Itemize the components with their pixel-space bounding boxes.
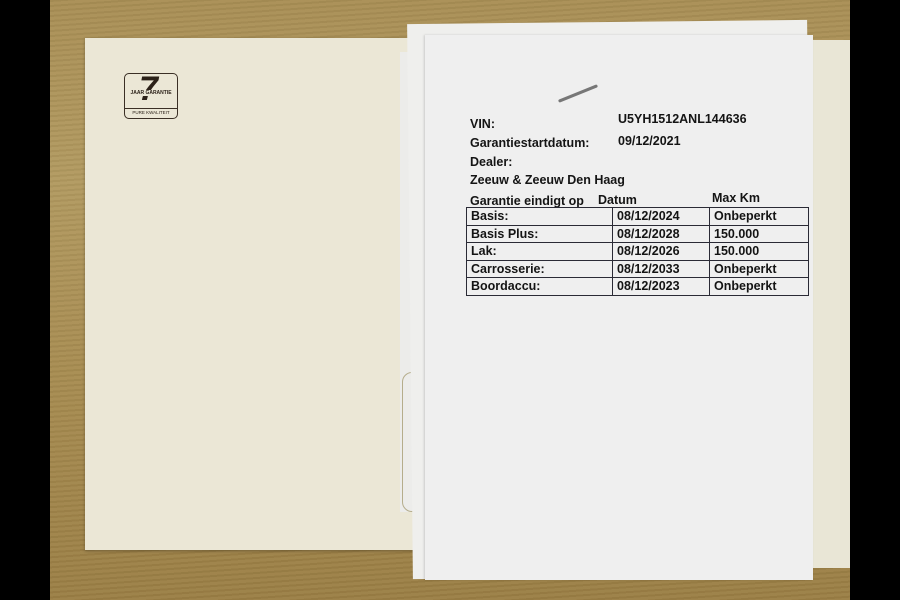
start-date-label: Garantiestartdatum: (470, 136, 589, 150)
table-header-date: Datum (598, 193, 637, 207)
table-row: Lak:08/12/2026150.000 (467, 243, 809, 261)
end-date-cell: 08/12/2023 (613, 278, 710, 296)
vin-value: U5YH1512ANL144636 (618, 112, 747, 126)
table-header-type: Garantie eindigt op (470, 194, 584, 208)
end-date-cell: 08/12/2033 (613, 260, 710, 278)
logo-top-text: JAAR GARANTIE (127, 90, 175, 96)
start-date-value: 09/12/2021 (618, 134, 681, 148)
max-km-cell: Onbeperkt (710, 260, 809, 278)
warranty-type-cell: Basis: (467, 208, 613, 226)
table-header-max-km: Max Km (712, 191, 760, 205)
logo-bottom-text: PURE KWALITEIT (125, 108, 177, 115)
table-row: Basis Plus:08/12/2028150.000 (467, 225, 809, 243)
max-km-cell: Onbeperkt (710, 208, 809, 226)
warranty-type-cell: Boordaccu: (467, 278, 613, 296)
end-date-cell: 08/12/2026 (613, 243, 710, 261)
max-km-cell: Onbeperkt (710, 278, 809, 296)
warranty-type-cell: Basis Plus: (467, 225, 613, 243)
dealer-value: Zeeuw & Zeeuw Den Haag (470, 173, 625, 187)
table-row: Basis:08/12/2024Onbeperkt (467, 208, 809, 226)
table-row: Carrosserie:08/12/2033Onbeperkt (467, 260, 809, 278)
seven-year-warranty-logo: 7 JAAR GARANTIE PURE KWALITEIT (124, 73, 178, 119)
table-row: Boordaccu:08/12/2023Onbeperkt (467, 278, 809, 296)
max-km-cell: 150.000 (710, 225, 809, 243)
dealer-label: Dealer: (470, 155, 512, 169)
vin-label: VIN: (470, 117, 495, 131)
warranty-type-cell: Carrosserie: (467, 260, 613, 278)
end-date-cell: 08/12/2028 (613, 225, 710, 243)
warranty-table: Basis:08/12/2024OnbeperktBasis Plus:08/1… (466, 207, 809, 296)
warranty-type-cell: Lak: (467, 243, 613, 261)
end-date-cell: 08/12/2024 (613, 208, 710, 226)
logo-number: 7 (139, 72, 158, 106)
max-km-cell: 150.000 (710, 243, 809, 261)
